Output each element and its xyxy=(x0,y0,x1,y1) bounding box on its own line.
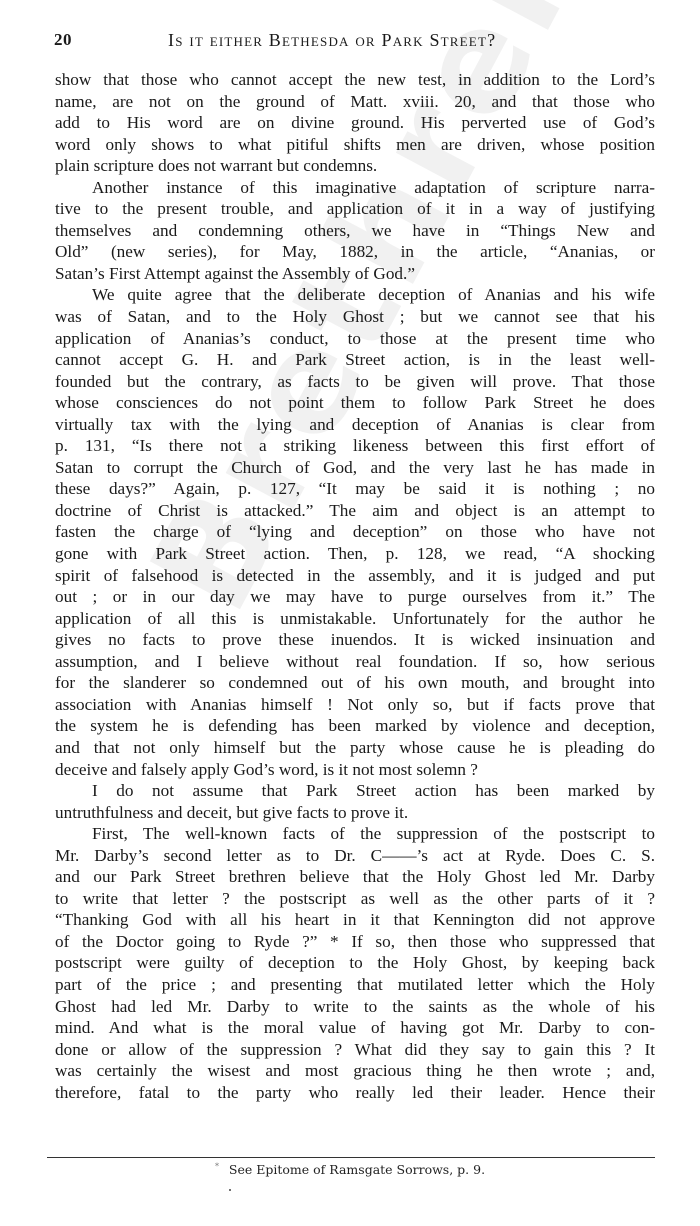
running-head: 20 Is it either Bethesda or Park Street? xyxy=(50,30,655,52)
text-line: and our Park Street brethren believe tha… xyxy=(55,866,655,888)
text-line: these days?” Again, p. 127, “It may be s… xyxy=(55,478,655,500)
text-line: mind. And what is the moral value of hav… xyxy=(55,1017,655,1039)
text-line: I do not assume that Park Street action … xyxy=(55,780,655,802)
text-line: untruthfulness and deceit, but give fact… xyxy=(55,802,655,824)
text-line: p. 131, “Is there not a striking likenes… xyxy=(55,435,655,457)
text-line: First, The well-known facts of the suppr… xyxy=(55,823,655,845)
text-line: for the slanderer so condemned out of hi… xyxy=(55,672,655,694)
text-line: therefore, fatal to the party who really… xyxy=(55,1082,655,1104)
text-line: themselves and condemning others, we hav… xyxy=(55,220,655,242)
text-line: word only shows to what pitiful shifts m… xyxy=(55,134,655,156)
text-line: Satan’s First Attempt against the Assemb… xyxy=(55,263,655,285)
text-line: gives no facts to prove these inuendos. … xyxy=(55,629,655,651)
text-line: doctrine of Christ is attacked.” The aim… xyxy=(55,500,655,522)
text-line: application of all this is unmistakable.… xyxy=(55,608,655,630)
text-line: spirit of falsehood is detected in the a… xyxy=(55,565,655,587)
page-number: 20 xyxy=(54,30,72,50)
book-page: 20 Is it either Bethesda or Park Street?… xyxy=(0,0,700,1226)
text-line: was of Satan, and to the Holy Ghost ; bu… xyxy=(55,306,655,328)
text-line: Satan to corrupt the Church of God, and … xyxy=(55,457,655,479)
text-line: fasten the charge of “lying and deceptio… xyxy=(55,521,655,543)
text-line: name, are not on the ground of Matt. xvi… xyxy=(55,91,655,113)
print-speck xyxy=(229,1189,231,1191)
text-line: to write that letter ? the postscript as… xyxy=(55,888,655,910)
text-line: done or allow of the suppression ? What … xyxy=(55,1039,655,1061)
text-line: Ghost had led Mr. Darby to write to the … xyxy=(55,996,655,1018)
text-line: cannot accept G. H. and Park Street acti… xyxy=(55,349,655,371)
text-line: add to His word are on divine ground. Hi… xyxy=(55,112,655,134)
footnote: * See Epitome of Ramsgate Sorrows, p. 9. xyxy=(0,1162,700,1177)
text-line: Another instance of this imaginative ada… xyxy=(55,177,655,199)
footnote-divider xyxy=(47,1157,655,1158)
text-line: show that those who cannot accept the ne… xyxy=(55,69,655,91)
text-line: Mr. Darby’s second letter as to Dr. C——’… xyxy=(55,845,655,867)
text-line: part of the price ; and presenting that … xyxy=(55,974,655,996)
body-text: show that those who cannot accept the ne… xyxy=(55,69,655,1103)
text-line: We quite agree that the deliberate decep… xyxy=(55,284,655,306)
text-line: out ; or in our day we may have to purge… xyxy=(55,586,655,608)
text-line: founded but the contrary, as facts to be… xyxy=(55,371,655,393)
text-line: deceive and falsely apply God’s word, is… xyxy=(55,759,655,781)
text-line: plain scripture does not warrant but con… xyxy=(55,155,655,177)
text-line: and that not only himself but the party … xyxy=(55,737,655,759)
text-line: was certainly the wisest and most gracio… xyxy=(55,1060,655,1082)
text-line: the system he is defending has been mark… xyxy=(55,715,655,737)
text-line: whose consciences do not point them to f… xyxy=(55,392,655,414)
text-line: gone with Park Street action. Then, p. 1… xyxy=(55,543,655,565)
text-line: Old” (new series), for May, 1882, in the… xyxy=(55,241,655,263)
footnote-text: See Epitome of Ramsgate Sorrows, p. 9. xyxy=(229,1162,485,1177)
footnote-marker: * xyxy=(215,1162,219,1171)
text-line: of the Doctor going to Ryde ?” * If so, … xyxy=(55,931,655,953)
text-line: postscript were guilty of deception to t… xyxy=(55,952,655,974)
text-line: association with Ananias himself ! Not o… xyxy=(55,694,655,716)
text-line: virtually tax with the lying and decepti… xyxy=(55,414,655,436)
running-title: Is it either Bethesda or Park Street? xyxy=(168,30,496,51)
text-line: “Thanking God with all his heart in it t… xyxy=(55,909,655,931)
text-line: application of Ananias’s conduct, to tho… xyxy=(55,328,655,350)
text-line: tive to the present trouble, and applica… xyxy=(55,198,655,220)
text-line: assumption, and I believe without real f… xyxy=(55,651,655,673)
